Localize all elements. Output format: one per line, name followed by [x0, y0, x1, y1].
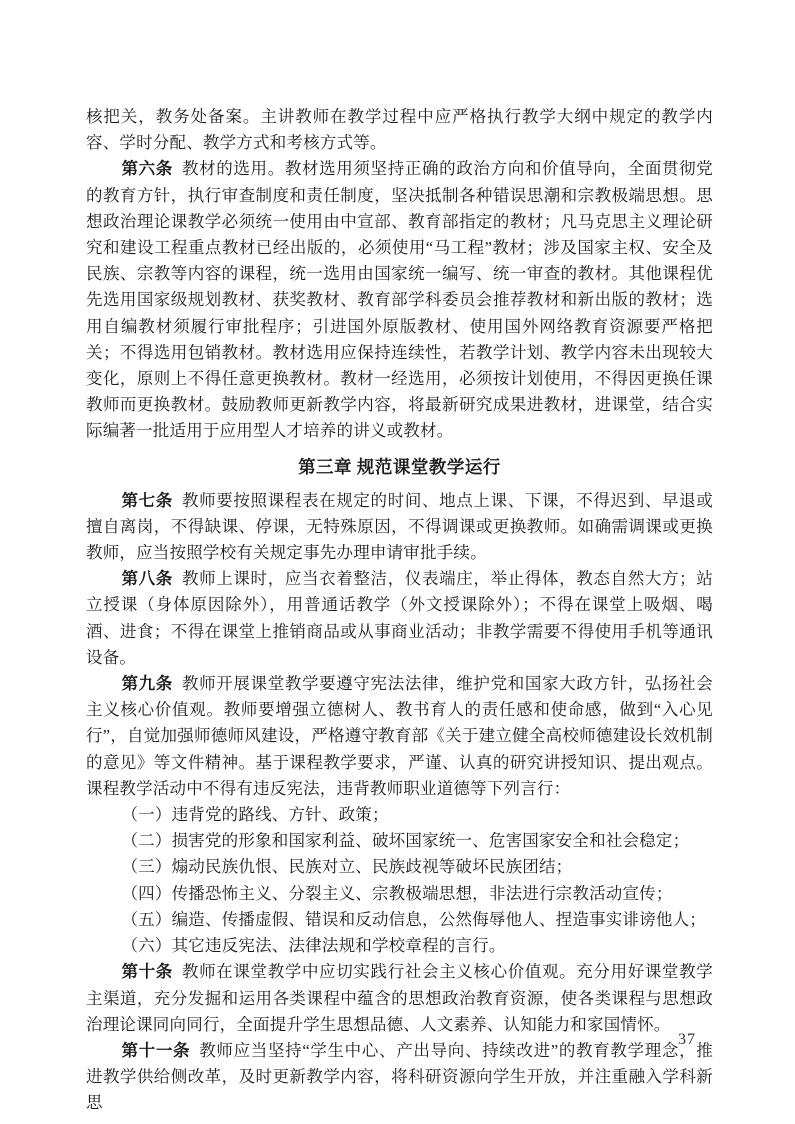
list-item-5: （五）编造、传播虚假、错误和反动信息，公然侮辱他人、捏造事实诽谤他人；: [86, 907, 713, 933]
paragraph-article-11: 第十一条教师应当坚持“学生中心、产出导向、持续改进”的教育教学理念，推进教学供给…: [86, 1038, 713, 1117]
document-page: 核把关，教务处备案。主讲教师在教学过程中应严格执行教学大纲中规定的教学内容、学时…: [0, 0, 795, 1124]
paragraph-text: 教师开展课堂教学要遵守宪法法律，维护党和国家大政方针，弘扬社会主义核心价值观。教…: [86, 674, 713, 798]
paragraph-article-9: 第九条教师开展课堂教学要遵守宪法法律，维护党和国家大政方针，弘扬社会主义核心价值…: [86, 671, 713, 802]
paragraph-text: 教师上课时，应当衣着整洁，仪表端庄，举止得体，教态自然大方；站立授课（身体原因除…: [86, 569, 713, 667]
list-item-6: （六）其它违反宪法、法律法规和学校章程的言行。: [86, 933, 713, 959]
paragraph-text: 核把关，教务处备案。主讲教师在教学过程中应严格执行教学大纲中规定的教学内容、学时…: [86, 107, 713, 152]
list-item-2: （二）损害党的形象和国家利益、破坏国家统一、危害国家安全和社会稳定；: [86, 828, 713, 854]
chapter-heading: 第三章 规范课堂教学运行: [86, 454, 713, 480]
paragraph-article-7: 第七条教师要按照课程表在规定的时间、地点上课、下课，不得迟到、早退或擅自离岗，不…: [86, 488, 713, 567]
paragraph-text: 教师要按照课程表在规定的时间、地点上课、下课，不得迟到、早退或擅自离岗，不得缺课…: [86, 491, 713, 562]
article-lead: 第八条: [121, 569, 172, 588]
article-lead: 第七条: [121, 491, 172, 510]
article-lead: 第六条: [121, 159, 172, 178]
body-text: 核把关，教务处备案。主讲教师在教学过程中应严格执行教学大纲中规定的教学内容、学时…: [86, 104, 713, 1117]
paragraph-article-10: 第十条教师在课堂教学中应切实践行社会主义核心价值观。充分用好课堂教学主渠道，充分…: [86, 959, 713, 1038]
list-item-1: （一）违背党的路线、方针、政策；: [86, 802, 713, 828]
paragraph-text: 教师在课堂教学中应切实践行社会主义核心价值观。充分用好课堂教学主渠道，充分发掘和…: [86, 962, 713, 1033]
article-lead: 第十一条: [121, 1041, 190, 1060]
list-item-3: （三）煽动民族仇恨、民族对立、民族歧视等破坏民族团结；: [86, 854, 713, 880]
paragraph-continuation: 核把关，教务处备案。主讲教师在教学过程中应严格执行教学大纲中规定的教学内容、学时…: [86, 104, 713, 156]
paragraph-text: 教材的选用。教材选用须坚持正确的政治方向和价值导向，全面贯彻党的教育方针，执行审…: [86, 159, 713, 440]
list-item-4: （四）传播恐怖主义、分裂主义、宗教极端思想，非法进行宗教活动宣传；: [86, 881, 713, 907]
article-lead: 第九条: [121, 674, 172, 693]
page-number: 37: [678, 1031, 696, 1049]
paragraph-article-8: 第八条教师上课时，应当衣着整洁，仪表端庄，举止得体，教态自然大方；站立授课（身体…: [86, 566, 713, 671]
article-lead: 第十条: [121, 962, 172, 981]
paragraph-article-6: 第六条教材的选用。教材选用须坚持正确的政治方向和价值导向，全面贯彻党的教育方针，…: [86, 156, 713, 444]
